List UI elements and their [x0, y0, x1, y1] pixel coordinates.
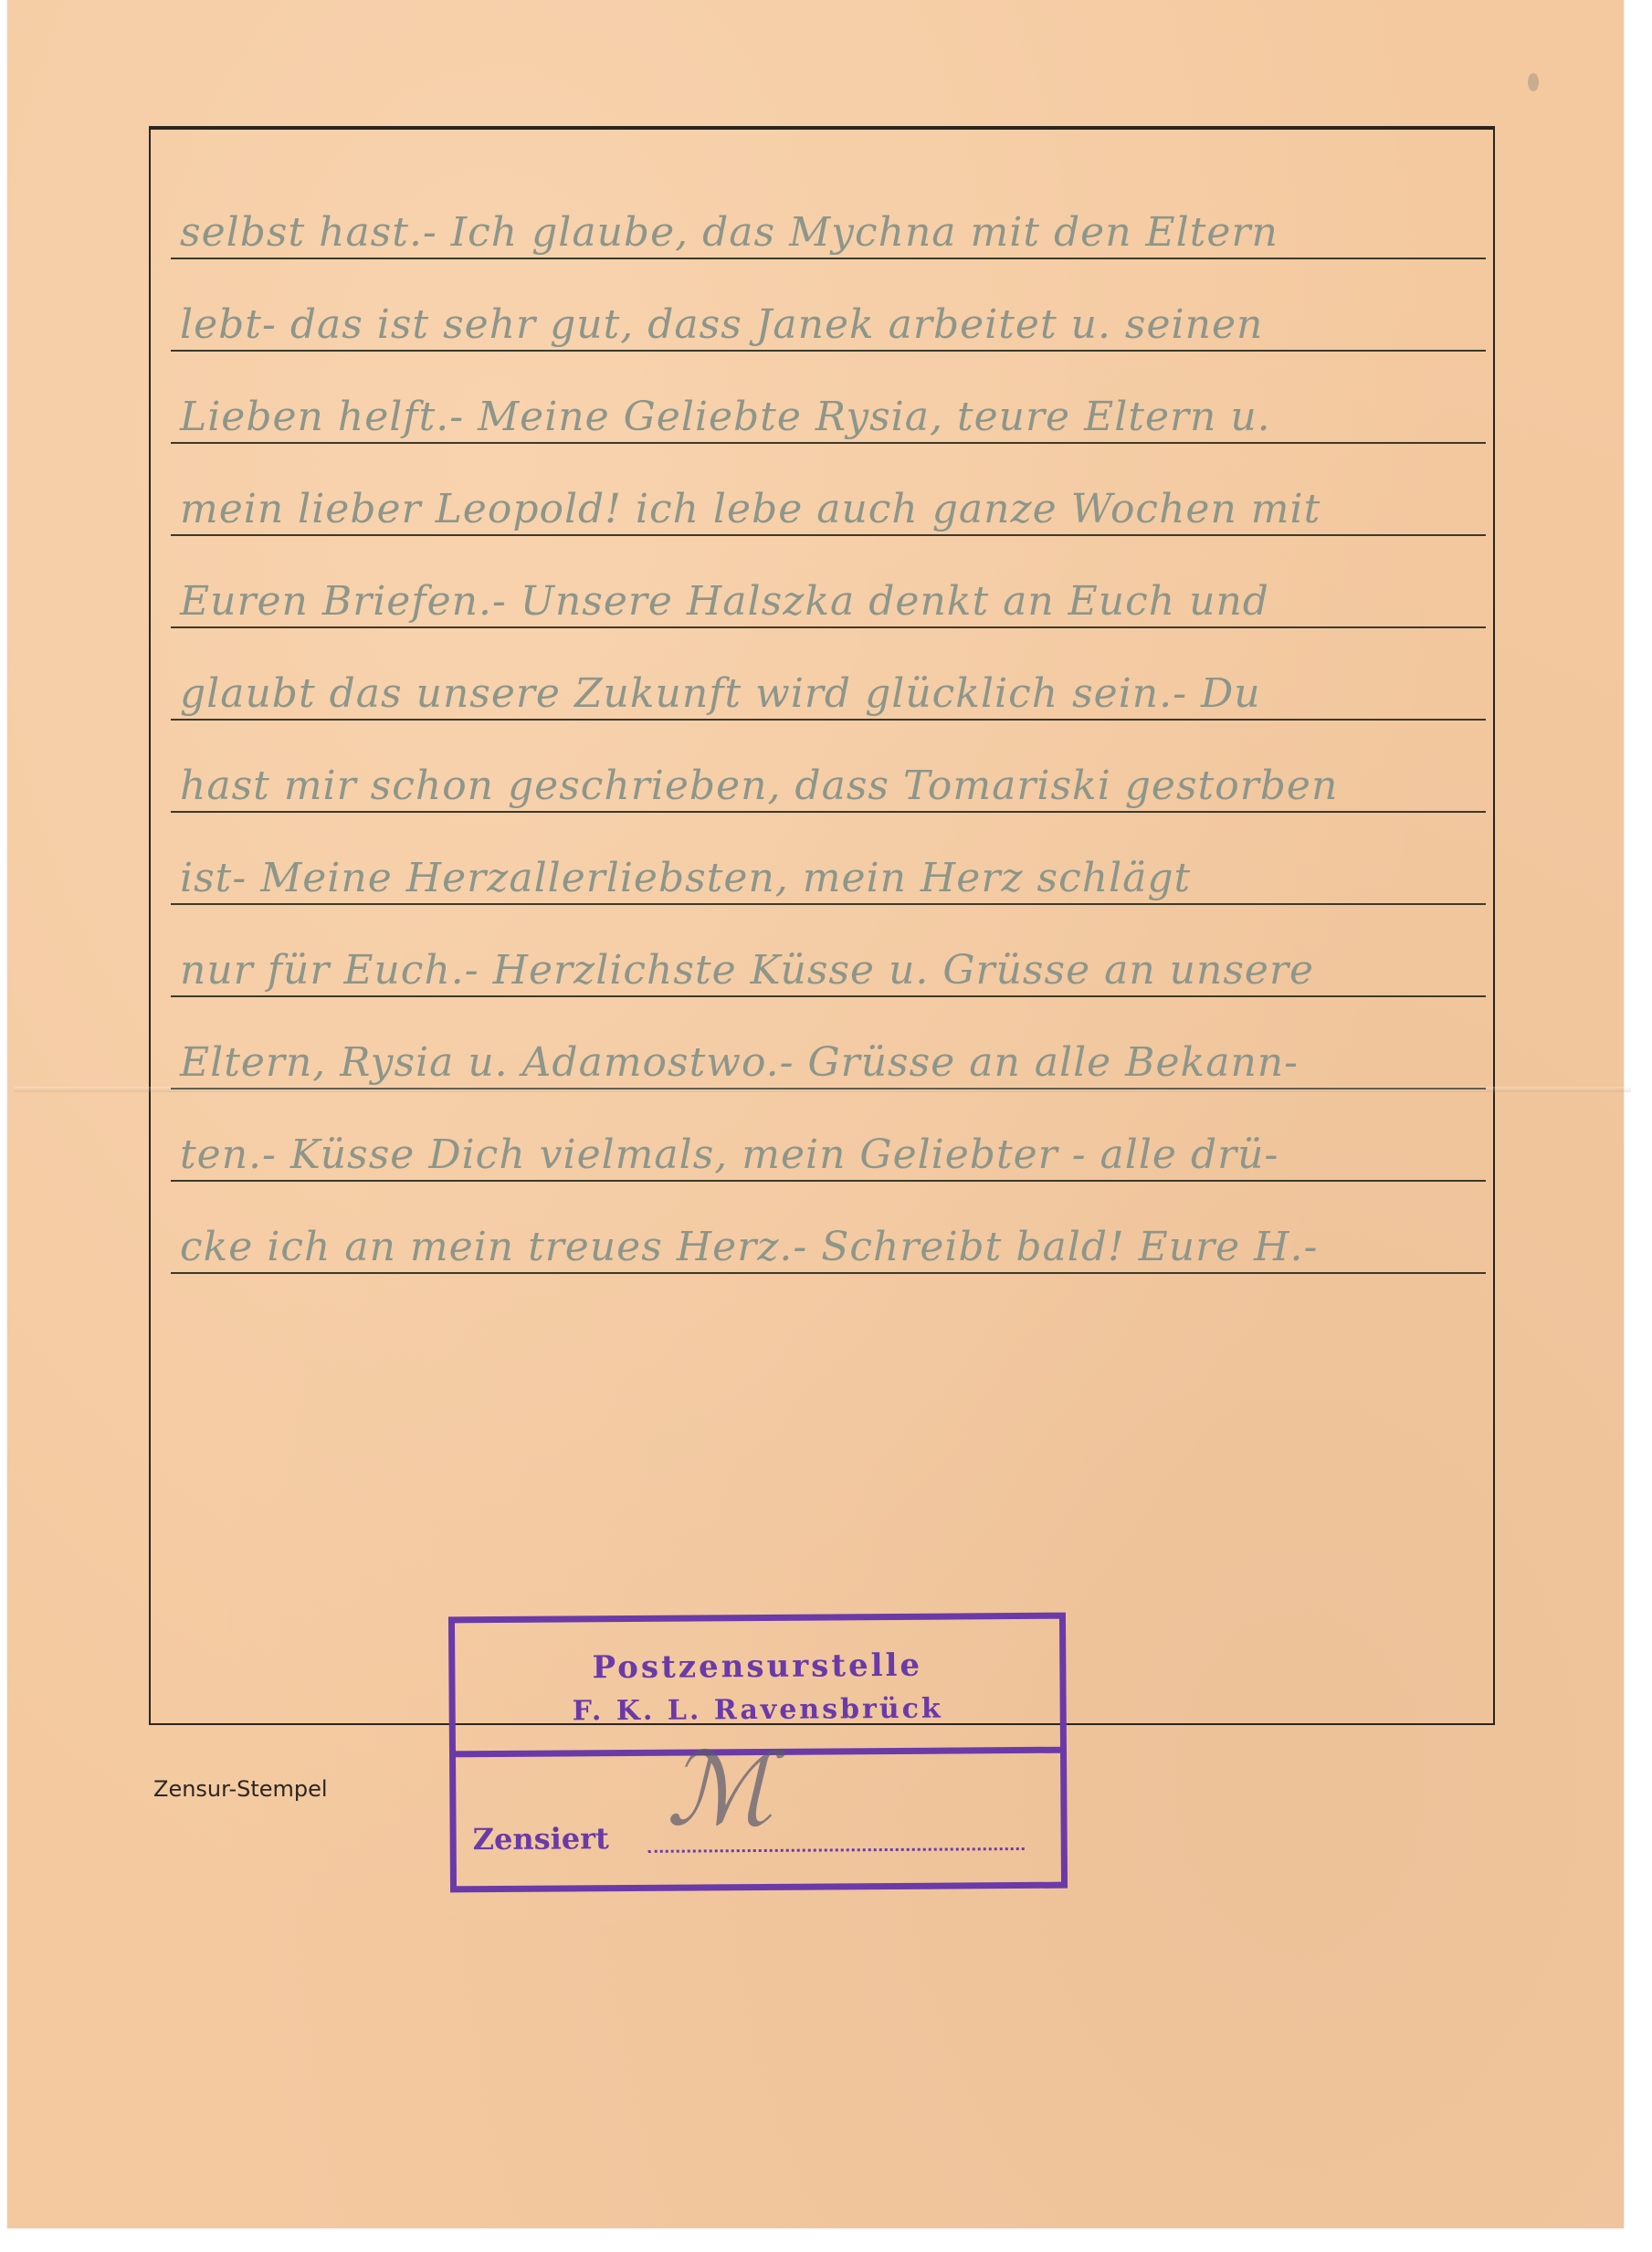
stamp-camp-name: F. K. L. Ravensbrück — [456, 1692, 1060, 1729]
ruled-line: Euren Briefen.- Unsere Halszka denkt an … — [171, 535, 1486, 628]
censor-stamp: Postzensurstelle F. K. L. Ravensbrück Ze… — [448, 1613, 1068, 1893]
handwritten-line: nur für Euch.- Herzlichste Küsse u. Grüs… — [180, 947, 1314, 994]
fold-crease — [15, 1087, 1631, 1092]
handwritten-line: lebt- das ist sehr gut, dass Janek arbei… — [180, 301, 1263, 348]
handwritten-line: ten.- Küsse Dich vielmals, mein Geliebte… — [180, 1131, 1278, 1178]
paper-stain — [1528, 73, 1539, 91]
handwritten-line: Lieben helft.- Meine Geliebte Rysia, teu… — [180, 394, 1271, 440]
stamp-zensiert-label: Zensiert — [473, 1821, 609, 1857]
handwritten-line: Eltern, Rysia u. Adamostwo.- Grüsse an a… — [180, 1039, 1299, 1086]
ruled-line: hast mir schon geschrieben, dass Tomaris… — [171, 720, 1486, 813]
writing-frame: selbst hast.- Ich glaube, das Mychna mit… — [149, 126, 1495, 1725]
stamp-signature-line — [648, 1847, 1025, 1853]
handwritten-line: selbst hast.- Ich glaube, das Mychna mit… — [180, 209, 1278, 256]
stamp-office-name: Postzensurstelle — [455, 1647, 1059, 1688]
ruled-line: ist- Meine Herzallerliebsten, mein Herz … — [171, 812, 1486, 905]
letter-sheet: selbst hast.- Ich glaube, das Mychna mit… — [7, 0, 1624, 2228]
ruled-line: selbst hast.- Ich glaube, das Mychna mit… — [171, 166, 1486, 259]
ruled-line: lebt- das ist sehr gut, dass Janek arbei… — [171, 258, 1486, 352]
handwritten-line: cke ich an mein treues Herz.- Schreibt b… — [180, 1224, 1318, 1270]
handwritten-line: ist- Meine Herzallerliebsten, mein Herz … — [180, 855, 1191, 901]
ruled-line: Eltern, Rysia u. Adamostwo.- Grüsse an a… — [171, 996, 1486, 1089]
ruled-line: Lieben helft.- Meine Geliebte Rysia, teu… — [171, 351, 1486, 444]
ruled-line: cke ich an mein treues Herz.- Schreibt b… — [171, 1181, 1486, 1274]
handwritten-line: hast mir schon geschrieben, dass Tomaris… — [180, 763, 1338, 809]
handwritten-line: Euren Briefen.- Unsere Halszka denkt an … — [180, 578, 1269, 625]
censor-stamp-label: Zensur-Stempel — [153, 1776, 328, 1802]
ruled-line: nur für Euch.- Herzlichste Küsse u. Grüs… — [171, 904, 1486, 997]
ruled-line: mein lieber Leopold! ich lebe auch ganze… — [171, 443, 1486, 536]
censor-signature: ℳ — [666, 1731, 774, 1848]
ruled-line: ten.- Küsse Dich vielmals, mein Geliebte… — [171, 1089, 1486, 1182]
handwritten-line: glaubt das unsere Zukunft wird glücklich… — [180, 670, 1261, 717]
handwritten-line: mein lieber Leopold! ich lebe auch ganze… — [180, 486, 1321, 532]
ruled-line: glaubt das unsere Zukunft wird glücklich… — [171, 627, 1486, 721]
